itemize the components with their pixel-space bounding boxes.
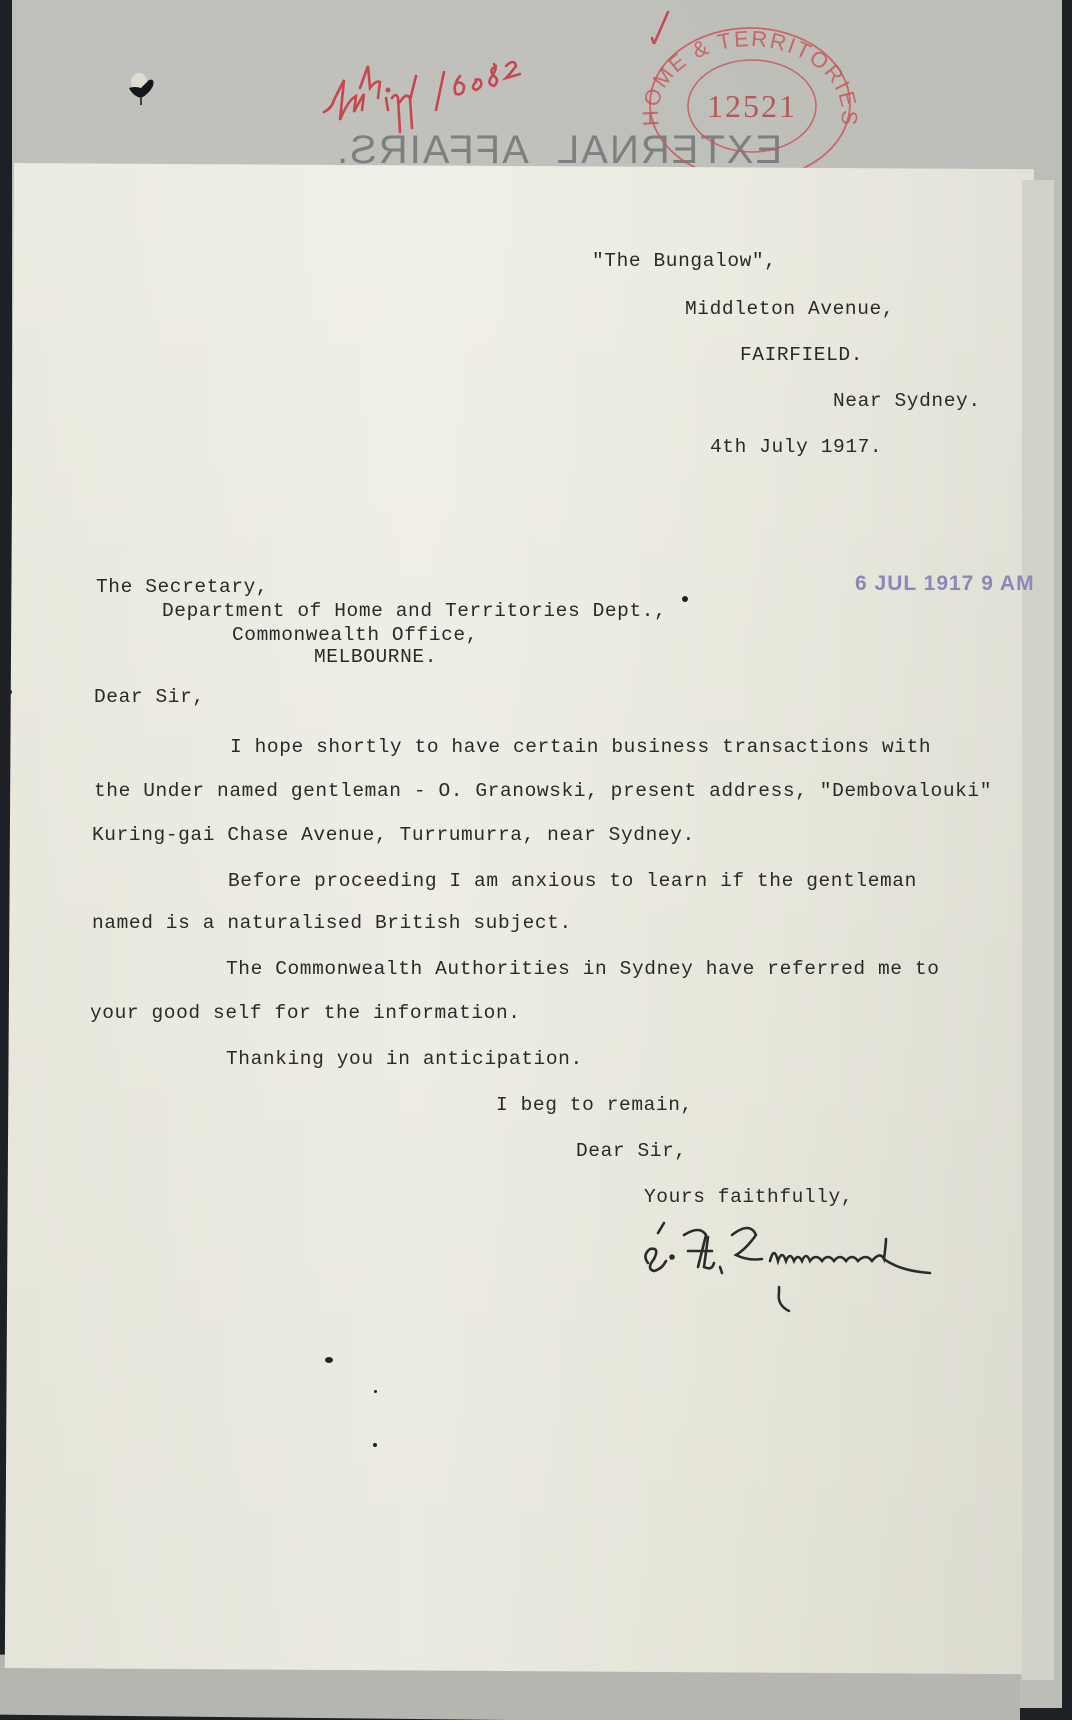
closing-line-3: Yours faithfully, [644, 1186, 853, 1208]
body-paragraph-2-line-2: named is a naturalised British subject. [92, 912, 572, 934]
body-paragraph-2-line-1: Before proceeding I am anxious to learn … [228, 870, 917, 892]
ink-speck [373, 1443, 377, 1447]
body-paragraph-1-line-3: Kuring-gai Chase Avenue, Turrumurra, nea… [92, 824, 695, 846]
sender-address-line-4: Near Sydney. [833, 390, 981, 412]
sender-address-line-3: FAIRFIELD. [740, 344, 863, 366]
registry-number: 12521 [707, 88, 797, 124]
ink-speck [682, 596, 688, 602]
body-paragraph-3-line-2: your good self for the information. [90, 1002, 521, 1024]
recipient-line-1: The Secretary, [96, 576, 268, 598]
letter-sheet-edge-shadow [1022, 180, 1054, 1680]
recipient-line-3: Commonwealth Office, [232, 624, 478, 646]
signature-flourish [775, 1285, 795, 1315]
closing-line-1: I beg to remain, [496, 1094, 693, 1116]
sender-address-line-1: "The Bungalow", [592, 250, 777, 272]
handwritten-reference-annotation: Apt. [?] 16082 [320, 36, 580, 146]
body-paragraph-1-line-1: I hope shortly to have certain business … [230, 736, 931, 758]
punch-hole-icon [127, 72, 159, 106]
salutation: Dear Sir, [94, 686, 205, 708]
received-date-stamp: 6 JUL 1917 9 AM [855, 572, 1035, 596]
body-paragraph-3-line-1: The Commonwealth Authorities in Sydney h… [226, 958, 940, 980]
letter-date: 4th July 1917. [710, 436, 882, 458]
ink-speck [8, 690, 12, 694]
recipient-line-4: MELBOURNE. [314, 646, 437, 668]
body-paragraph-4: Thanking you in anticipation. [226, 1048, 583, 1070]
sender-address-line-2: Middleton Avenue, [685, 298, 894, 320]
handwritten-signature: E. H. Underwood [640, 1215, 950, 1295]
ink-speck [325, 1357, 333, 1363]
registry-received-stamp: HOME & TERRITORIES 12521 [640, 24, 860, 174]
ink-speck [374, 1390, 377, 1393]
body-paragraph-1-line-2: the Under named gentleman - O. Granowski… [94, 780, 992, 802]
closing-line-2: Dear Sir, [576, 1140, 687, 1162]
recipient-line-2: Department of Home and Territories Dept.… [162, 600, 666, 622]
